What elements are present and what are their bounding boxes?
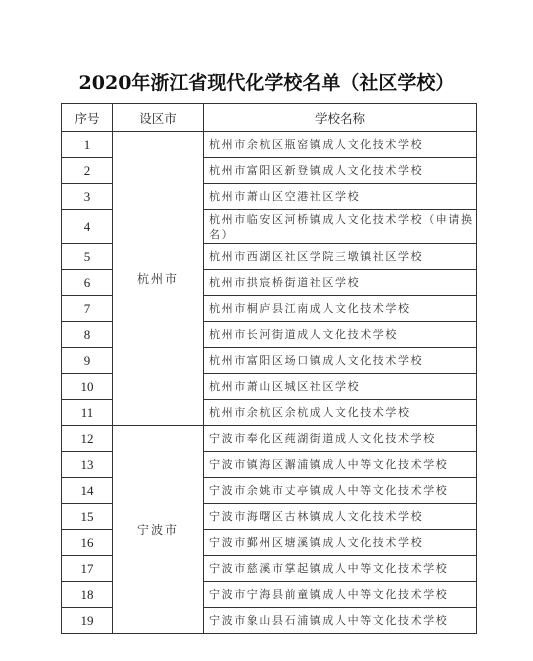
school-name: 宁波市余姚市丈亭镇成人中等文化技术学校 [204,478,477,504]
school-name: 宁波市象山县石浦镇成人中等文化技术学校 [204,608,477,634]
serial-number: 1 [62,132,113,158]
serial-number: 9 [62,348,113,374]
serial-number: 19 [62,608,113,634]
serial-number: 10 [62,374,113,400]
serial-number: 7 [62,296,113,322]
school-list-table: 序号 设区市 学校名称 1 杭州市 杭州市余杭区瓶窑镇成人文化技术学校 2 杭州… [61,103,477,634]
school-name: 杭州市桐庐县江南成人文化技术学校 [204,296,477,322]
school-name: 杭州市临安区河桥镇成人文化技术学校（申请换名） [204,210,477,244]
school-name: 杭州市余杭区瓶窑镇成人文化技术学校 [204,132,477,158]
header-city: 设区市 [113,104,204,132]
serial-number: 15 [62,504,113,530]
school-name: 宁波市镇海区澥浦镇成人中等文化技术学校 [204,452,477,478]
serial-number: 13 [62,452,113,478]
school-name: 杭州市拱宸桥街道社区学校 [204,270,477,296]
serial-number: 3 [62,184,113,210]
serial-number: 18 [62,582,113,608]
serial-number: 12 [62,426,113,452]
school-name: 杭州市萧山区空港社区学校 [204,184,477,210]
table-row: 12 宁波市 宁波市奉化区莼湖街道成人文化技术学校 [62,426,477,452]
city-cell-ningbo: 宁波市 [113,426,204,634]
school-name: 宁波市奉化区莼湖街道成人文化技术学校 [204,426,477,452]
school-name: 杭州市萧山区城区社区学校 [204,374,477,400]
serial-number: 11 [62,400,113,426]
header-school-name: 学校名称 [204,104,477,132]
school-name: 宁波市鄞州区塘溪镇成人文化技术学校 [204,530,477,556]
school-name: 宁波市海曙区古林镇成人文化技术学校 [204,504,477,530]
header-serial-number: 序号 [62,104,113,132]
serial-number: 16 [62,530,113,556]
document-title: 2020年浙江省现代化学校名单（社区学校） [0,68,533,95]
serial-number: 14 [62,478,113,504]
school-name: 杭州市西湖区社区学院三墩镇社区学校 [204,244,477,270]
school-name: 宁波市宁海县前童镇成人中等文化技术学校 [204,582,477,608]
serial-number: 17 [62,556,113,582]
table-header-row: 序号 设区市 学校名称 [62,104,477,132]
serial-number: 6 [62,270,113,296]
serial-number: 5 [62,244,113,270]
city-cell-hangzhou: 杭州市 [113,132,204,426]
school-name: 杭州市富阳区新登镇成人文化技术学校 [204,158,477,184]
serial-number: 8 [62,322,113,348]
serial-number: 2 [62,158,113,184]
school-name: 宁波市慈溪市掌起镇成人中等文化技术学校 [204,556,477,582]
table-row: 1 杭州市 杭州市余杭区瓶窑镇成人文化技术学校 [62,132,477,158]
school-name: 杭州市长河街道成人文化技术学校 [204,322,477,348]
serial-number: 4 [62,210,113,244]
school-name: 杭州市余杭区余杭成人文化技术学校 [204,400,477,426]
school-name: 杭州市富阳区场口镇成人文化技术学校 [204,348,477,374]
